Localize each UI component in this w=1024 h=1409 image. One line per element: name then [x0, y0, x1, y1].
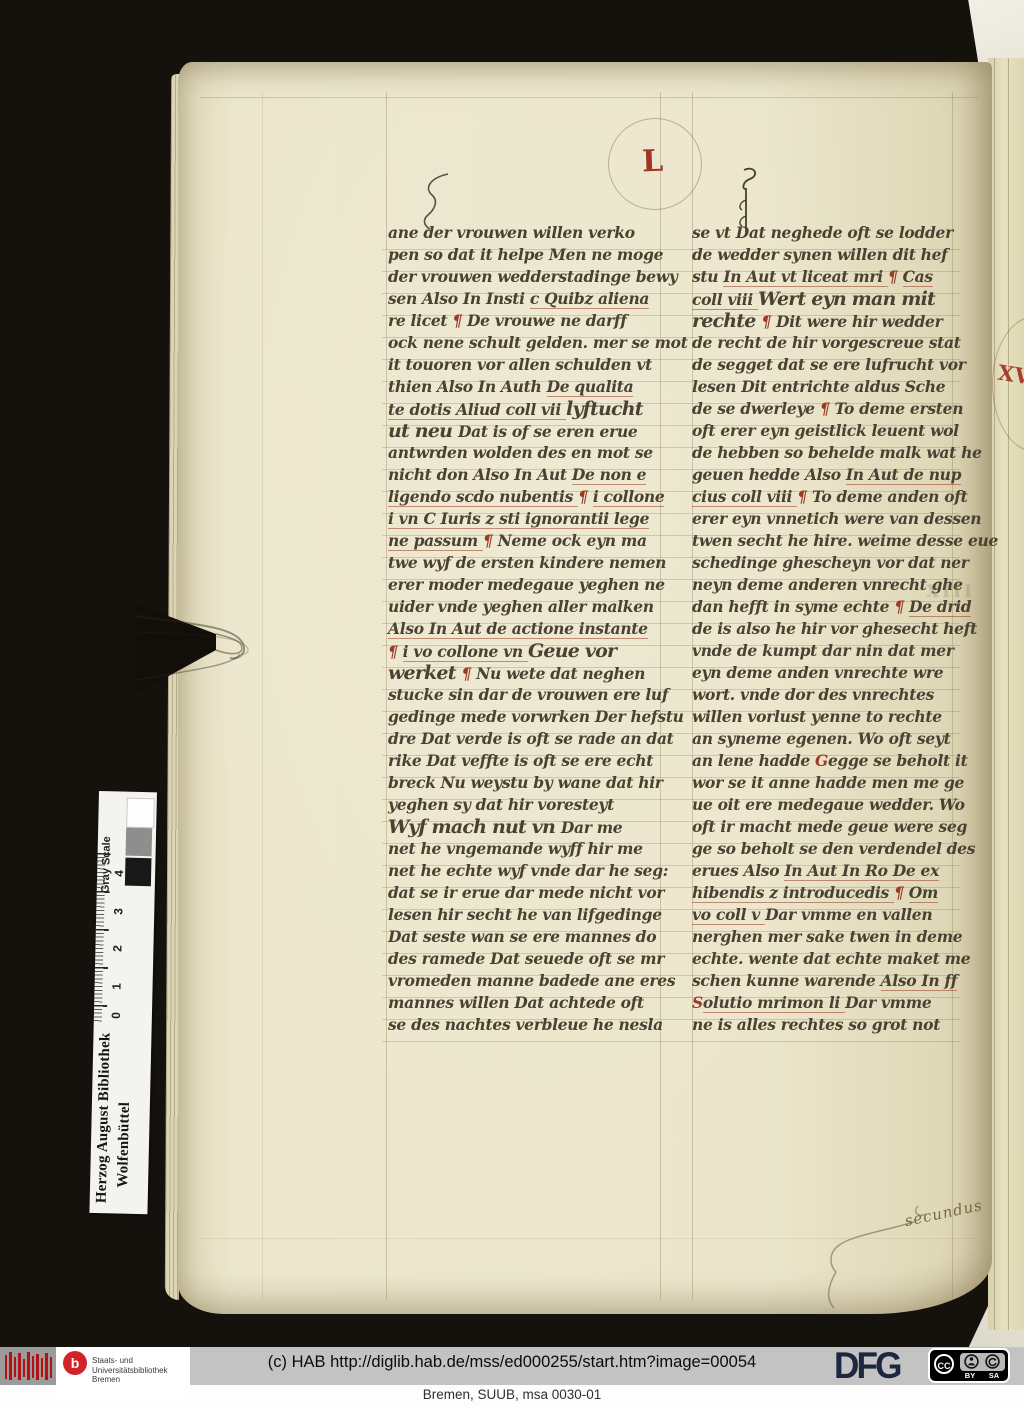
- manuscript-line: de se dwerleye ¶ To deme ersten: [692, 398, 960, 420]
- manuscript-segment: i vn C Iuris z sti ignorantii lege: [388, 509, 649, 529]
- manuscript-segment: an lene hadde: [692, 751, 815, 770]
- manuscript-segment: mannes willen Dat achtede oft: [388, 993, 644, 1012]
- manuscript-line: werket ¶ Nu wete dat neghen: [388, 662, 660, 684]
- manuscript-segment: an syneme egenen. Wo oft seyt: [692, 729, 950, 748]
- manuscript-line: wor se it anne hadde men me ge: [692, 772, 960, 794]
- manuscript-segment: In Aut In Ro De ex: [784, 861, 939, 881]
- manuscript-line: ock nene schult gelden. mer se mot: [388, 332, 660, 354]
- manuscript-segment: nicht don Also In Aut: [388, 465, 572, 484]
- manuscript-segment: stu: [692, 267, 723, 286]
- manuscript-line: ne is alles rechtes so grot not: [692, 1014, 960, 1036]
- manuscript-line: sen Also In Insti c Quibz aliena: [388, 288, 660, 310]
- manuscript-segment: stucke sin dar de vrouwen ere luf: [388, 685, 668, 704]
- manuscript-segment: ock nene schult gelden. mer se mot: [388, 333, 688, 352]
- ruler-ticks-major: [94, 853, 111, 1025]
- manuscript-segment: ¶: [888, 267, 903, 286]
- manuscript-segment: ¶: [820, 399, 835, 418]
- manuscript-line: twe wyf de ersten kindere nemen: [388, 552, 660, 574]
- manuscript-segment: lyftucht: [566, 398, 643, 420]
- gray-scale-patch-white: [126, 798, 155, 829]
- manuscript-line: wort. vnde dor des vnrechtes: [692, 684, 960, 706]
- manuscript-segment: ane der vrouwen willen verko: [388, 223, 635, 242]
- manuscript-segment: nerghen mer sake twen in deme: [692, 927, 962, 946]
- manuscript-segment: ¶: [462, 664, 477, 683]
- manuscript-segment: de se dwerleye: [692, 399, 820, 418]
- manuscript-segment: te dotis Aliud coll vii: [388, 400, 566, 420]
- manuscript-line: se vt Dat neghede oft se lodder: [692, 222, 960, 244]
- manuscript-segment: Also In ff: [881, 971, 958, 991]
- manuscript-segment: vo coll v: [692, 905, 765, 925]
- page-crease: [1008, 58, 1009, 1330]
- manuscript-segment: Wert eyn man mit: [758, 288, 935, 310]
- manuscript-line: stu In Aut vt liceat mri ¶ Cas: [692, 266, 960, 288]
- next-folio-numeral: XV: [996, 360, 1024, 390]
- manuscript-line: se des nachtes verbleue he nesla: [388, 1014, 660, 1036]
- manuscript-segment: ¶: [388, 642, 403, 661]
- manuscript-line: ne passum ¶ Neme ock eyn ma: [388, 530, 660, 552]
- manuscript-line: ligendo scdo nubentis ¶ i collone: [388, 486, 660, 508]
- cc-sa-arrow-icon: [985, 1354, 1000, 1369]
- catchword-flourish-icon: [818, 1202, 948, 1322]
- manuscript-line: nerghen mer sake twen in deme: [692, 926, 960, 948]
- manuscript-segment: Wyf mach nut vn: [388, 816, 561, 838]
- manuscript-line: de is also he hir vor ghesecht heft: [692, 618, 960, 640]
- manuscript-segment: ¶: [483, 531, 498, 550]
- manuscript-segment: rike Dat veffte is oft se ere echt: [388, 751, 653, 770]
- manuscript-segment: ¶: [761, 312, 776, 331]
- manuscript-segment: lesen Dit entrichte aldus Sche: [692, 377, 945, 396]
- manuscript-line: erues Also In Aut In Ro De ex: [692, 860, 960, 882]
- manuscript-line: lesen hir secht he van lifgedinge: [388, 904, 660, 926]
- manuscript-segment: To deme ersten: [834, 399, 963, 418]
- shelfmark-text: Bremen, SUUB, msa 0030-01: [0, 1387, 1024, 1402]
- manuscript-line: vo coll v Dar vmme en vallen: [692, 904, 960, 926]
- manuscript-line: net he echte wyf vnde dar he seg:: [388, 860, 660, 882]
- manuscript-segment: Dit were hir wedder: [776, 312, 942, 331]
- manuscript-segment: In Aut de nup: [846, 465, 961, 485]
- manuscript-line: de recht de hir vorgescreue stat: [692, 332, 960, 354]
- manuscript-segment: willen vorlust yenne to rechte: [692, 707, 942, 726]
- manuscript-segment: ¶: [578, 487, 593, 506]
- gray-scale-strip: Gray Scale 4 3 2 1 0 Herzog August Bibli…: [89, 791, 157, 1214]
- manuscript-line: des ramede Dat seuede oft se mr: [388, 948, 660, 970]
- manuscript-segment: ne passum: [388, 531, 483, 551]
- manuscript-line: der vrouwen wedderstadinge bewy: [388, 266, 660, 288]
- manuscript-segment: net he vngemande wyff hir me: [388, 839, 643, 858]
- manuscript-line: eyn deme anden vnrechte wre: [692, 662, 960, 684]
- manuscript-line: it touoren vor allen schulden vt: [388, 354, 660, 376]
- manuscript-segment: S: [692, 993, 703, 1012]
- manuscript-segment: se des nachtes verbleue he nesla: [388, 1015, 663, 1034]
- manuscript-segment: Nu wete dat neghen: [476, 664, 645, 683]
- manuscript-segment: egge se beholt it: [828, 751, 967, 770]
- manuscript-segment: erer moder medegaue yeghen ne: [388, 575, 665, 594]
- manuscript-segment: wort. vnde dor des vnrechtes: [692, 685, 934, 704]
- manuscript-line: oft ir macht mede geue were seg: [692, 816, 960, 838]
- manuscript-segment: lesen hir secht he van lifgedinge: [388, 905, 662, 924]
- text-column-left: ane der vrouwen willen verkopen so dat i…: [388, 222, 660, 1036]
- manuscript-segment: olutio mrimon li: [703, 993, 845, 1013]
- manuscript-segment: rechte: [692, 310, 761, 332]
- manuscript-segment: vnde de kumpt dar nin dat mer: [692, 641, 954, 660]
- page-crease: [994, 58, 995, 1330]
- manuscript-segment: schedinge ghescheyn vor dat ner: [692, 553, 969, 572]
- manuscript-line: erer moder medegaue yeghen ne: [388, 574, 660, 596]
- manuscript-line: ane der vrouwen willen verko: [388, 222, 660, 244]
- manuscript-line: de segget dat se ere lufrucht vor: [692, 354, 960, 376]
- manuscript-line: ¶ i vo collone vn Geue vor: [388, 640, 660, 662]
- manuscript-segment: To deme anden oft: [812, 487, 968, 506]
- text-column-right: se vt Dat neghede oft se lodderde wedder…: [692, 222, 960, 1036]
- manuscript-segment: dan hefft in syme echte: [692, 597, 894, 616]
- manuscript-page: L ane der vrouwen willen verkopen so dat…: [178, 62, 992, 1314]
- manuscript-line: coll viii Wert eyn man mit: [692, 288, 960, 310]
- manuscript-segment: De qualita: [547, 377, 634, 397]
- manuscript-line: nicht don Also In Aut De non e: [388, 464, 660, 486]
- ruler-number: 2: [110, 940, 124, 956]
- manuscript-segment: net he echte wyf vnde dar he seg:: [388, 861, 668, 880]
- manuscript-line: pen so dat it helpe Men ne moge: [388, 244, 660, 266]
- manuscript-segment: de segget dat se ere lufrucht vor: [692, 355, 966, 374]
- manuscript-segment: ut neu: [388, 420, 458, 442]
- library-name-line2: Wolfenbüttel: [115, 1038, 135, 1188]
- gray-scale-patch-black: [125, 858, 152, 887]
- manuscript-segment: de is also he hir vor ghesecht heft: [692, 619, 977, 638]
- manuscript-line: twen secht he hire. weime desse eue: [692, 530, 960, 552]
- manuscript-segment: werket: [388, 662, 462, 684]
- manuscript-line: dan hefft in syme echte ¶ De drid: [692, 596, 960, 618]
- manuscript-line: de hebben so behelde malk wat he: [692, 442, 960, 464]
- manuscript-line: ge so beholt se den verdendel des: [692, 838, 960, 860]
- manuscript-segment: oft ir macht mede geue were seg: [692, 817, 967, 836]
- cc-by-person-icon: [964, 1354, 979, 1369]
- manuscript-segment: G: [815, 751, 828, 770]
- cc-by-label: BY: [962, 1371, 978, 1380]
- manuscript-segment: dat se ir erue dar mede nicht vor: [388, 883, 664, 902]
- manuscript-segment: oft erer eyn geistlick leuent wol: [692, 421, 959, 440]
- manuscript-segment: Dar me: [561, 818, 623, 837]
- manuscript-line: lesen Dit entrichte aldus Sche: [692, 376, 960, 398]
- manuscript-line: stucke sin dar de vrouwen ere luf: [388, 684, 660, 706]
- manuscript-line: dre Dat verde is oft se rade an dat: [388, 728, 660, 750]
- manuscript-segment: erer eyn vnnetich were van dessen: [692, 509, 981, 528]
- manuscript-segment: it touoren vor allen schulden vt: [388, 355, 652, 374]
- manuscript-segment: ue oit ere medegaue wedder. Wo: [692, 795, 965, 814]
- cc-icon-panel: [960, 1353, 1005, 1371]
- cc-icon: CC: [934, 1354, 954, 1374]
- manuscript-segment: Cas: [903, 267, 933, 287]
- manuscript-line: dat se ir erue dar mede nicht vor: [388, 882, 660, 904]
- manuscript-segment: Dar vmme: [845, 993, 931, 1012]
- manuscript-line: geuen hedde Also In Aut de nup: [692, 464, 960, 486]
- manuscript-segment: gedinge mede vorwrken Der hefstu: [388, 707, 684, 726]
- manuscript-line: re licet ¶ De vrouwe ne darff: [388, 310, 660, 332]
- manuscript-segment: echte. wente dat echte maket me: [692, 949, 970, 968]
- manuscript-segment: ge so beholt se den verdendel des: [692, 839, 975, 858]
- manuscript-segment: pen so dat it helpe Men ne moge: [388, 245, 663, 264]
- manuscript-segment: twen secht he hire. weime desse eue: [692, 531, 998, 550]
- manuscript-segment: coll viii: [692, 290, 758, 310]
- manuscript-segment: c Quibz aliena: [530, 289, 649, 309]
- manuscript-line: rechte ¶ Dit were hir wedder: [692, 310, 960, 332]
- manuscript-segment: cius coll viii: [692, 487, 797, 507]
- manuscript-segment: breck Nu weystu by wane dat hir: [388, 773, 663, 792]
- manuscript-segment: thien Also In Auth: [388, 377, 547, 396]
- manuscript-segment: ne is alles rechtes so grot not: [692, 1015, 940, 1034]
- manuscript-line: gedinge mede vorwrken Der hefstu: [388, 706, 660, 728]
- manuscript-line: Wyf mach nut vn Dar me: [388, 816, 660, 838]
- manuscript-segment: de hebben so behelde malk wat he: [692, 443, 982, 462]
- manuscript-line: i vn C Iuris z sti ignorantii lege: [388, 508, 660, 530]
- manuscript-line: Also In Aut de actione instante: [388, 618, 660, 640]
- manuscript-line: thien Also In Auth De qualita: [388, 376, 660, 398]
- manuscript-line: neyn deme anderen vnrecht ghe: [692, 574, 960, 596]
- manuscript-line: an syneme egenen. Wo oft seyt: [692, 728, 960, 750]
- manuscript-segment: In Aut vt liceat mri: [723, 267, 888, 287]
- manuscript-line: schedinge ghescheyn vor dat ner: [692, 552, 960, 574]
- manuscript-segment: Dat seste wan se ere mannes do: [388, 927, 656, 946]
- next-page-edge: XV: [988, 58, 1024, 1330]
- manuscript-segment: i collone: [593, 487, 665, 507]
- manuscript-segment: Dar vmme en vallen: [765, 905, 932, 924]
- manuscript-segment: ¶: [894, 597, 909, 616]
- manuscript-segment: de wedder synen willen dit hef: [692, 245, 948, 264]
- manuscript-segment: der vrouwen wedderstadinge bewy: [388, 267, 678, 286]
- dfg-logo: DFG: [834, 1346, 900, 1384]
- manuscript-line: net he vngemande wyff hir me: [388, 838, 660, 860]
- manuscript-line: Solutio mrimon li Dar vmme: [692, 992, 960, 1014]
- manuscript-line: uider vnde yeghen aller malken: [388, 596, 660, 618]
- manuscript-line: hibendis z introducedis ¶ Om: [692, 882, 960, 904]
- manuscript-line: willen vorlust yenne to rechte: [692, 706, 960, 728]
- manuscript-segment: eyn deme anden vnrechte wre: [692, 663, 943, 682]
- manuscript-line: erer eyn vnnetich were van dessen: [692, 508, 960, 530]
- manuscript-segment: twe wyf de ersten kindere nemen: [388, 553, 666, 572]
- manuscript-line: Dat seste wan se ere mannes do: [388, 926, 660, 948]
- manuscript-line: an lene hadde Gegge se beholt it: [692, 750, 960, 772]
- manuscript-line: cius coll viii ¶ To deme anden oft: [692, 486, 960, 508]
- manuscript-segment: sen Also In Insti: [388, 289, 530, 308]
- manuscript-segment: ¶: [894, 883, 909, 902]
- manuscript-line: breck Nu weystu by wane dat hir: [388, 772, 660, 794]
- manuscript-segment: de recht de hir vorgescreue stat: [692, 333, 961, 352]
- manuscript-segment: Om: [909, 883, 938, 903]
- ruler-number: 3: [111, 903, 125, 919]
- manuscript-segment: dre Dat verde is oft se rade an dat: [388, 729, 674, 748]
- manuscript-segment: ligendo scdo nubentis: [388, 487, 578, 507]
- manuscript-line: ue oit ere medegaue wedder. Wo: [692, 794, 960, 816]
- manuscript-line: schen kunne warende Also In ff: [692, 970, 960, 992]
- manuscript-segment: re licet: [388, 311, 452, 330]
- manuscript-line: oft erer eyn geistlick leuent wol: [692, 420, 960, 442]
- manuscript-segment: uider vnde yeghen aller malken: [388, 597, 654, 616]
- manuscript-segment: Dat is of se eren erue: [458, 422, 638, 441]
- cc-license-badge: CC BY SA: [928, 1348, 1010, 1383]
- manuscript-segment: des ramede Dat seuede oft se mr: [388, 949, 664, 968]
- ruling-line-horizontal: [200, 97, 978, 98]
- manuscript-line: ut neu Dat is of se eren erue: [388, 420, 660, 442]
- bleedthrough-numeral: XIII: [926, 582, 975, 602]
- manuscript-line: vnde de kumpt dar nin dat mer: [692, 640, 960, 662]
- manuscript-segment: vromeden manne badede ane eres: [388, 971, 675, 990]
- manuscript-line: antwrden wolden des en mot se: [388, 442, 660, 464]
- library-name-line1: Herzog August Bibliothek: [94, 1011, 115, 1203]
- manuscript-segment: ¶: [452, 311, 467, 330]
- gray-scale-patch-gray: [126, 828, 153, 857]
- manuscript-segment: i vo collone vn: [403, 642, 528, 662]
- manuscript-segment: De vrouwe ne darff: [467, 311, 627, 330]
- scan-canvas: XV L ane der vrouwen willen verkopen so …: [0, 0, 1024, 1409]
- manuscript-segment: hibendis z introducedis: [692, 883, 894, 903]
- manuscript-segment: Neme ock eyn ma: [498, 531, 647, 550]
- manuscript-line: te dotis Aliud coll vii lyftucht: [388, 398, 660, 420]
- ruler-number: 4: [112, 865, 126, 881]
- manuscript-segment: yeghen sy dat hir voresteyt: [388, 795, 614, 814]
- folio-numeral: L: [641, 144, 663, 180]
- ruler-number: 1: [109, 978, 123, 994]
- manuscript-line: echte. wente dat echte maket me: [692, 948, 960, 970]
- manuscript-segment: De non e: [572, 465, 646, 485]
- binding-cords: [136, 582, 276, 732]
- manuscript-segment: schen kunne warende: [692, 971, 881, 990]
- manuscript-segment: se vt Dat neghede oft se lodder: [692, 223, 953, 242]
- manuscript-line: mannes willen Dat achtede oft: [388, 992, 660, 1014]
- manuscript-segment: antwrden wolden des en mot se: [388, 443, 653, 462]
- manuscript-line: yeghen sy dat hir voresteyt: [388, 794, 660, 816]
- manuscript-segment: Also In Aut de actione instante: [388, 619, 648, 639]
- manuscript-segment: ¶: [797, 487, 812, 506]
- manuscript-segment: Geue vor: [528, 640, 616, 662]
- manuscript-line: de wedder synen willen dit hef: [692, 244, 960, 266]
- manuscript-segment: geuen hedde Also: [692, 465, 846, 484]
- manuscript-line: rike Dat veffte is oft se ere echt: [388, 750, 660, 772]
- cc-sa-label: SA: [986, 1371, 1002, 1380]
- manuscript-segment: erues Also: [692, 861, 784, 880]
- manuscript-segment: neyn deme anderen vnrecht ghe: [692, 575, 963, 594]
- manuscript-line: vromeden manne badede ane eres: [388, 970, 660, 992]
- manuscript-segment: wor se it anne hadde men me ge: [692, 773, 964, 792]
